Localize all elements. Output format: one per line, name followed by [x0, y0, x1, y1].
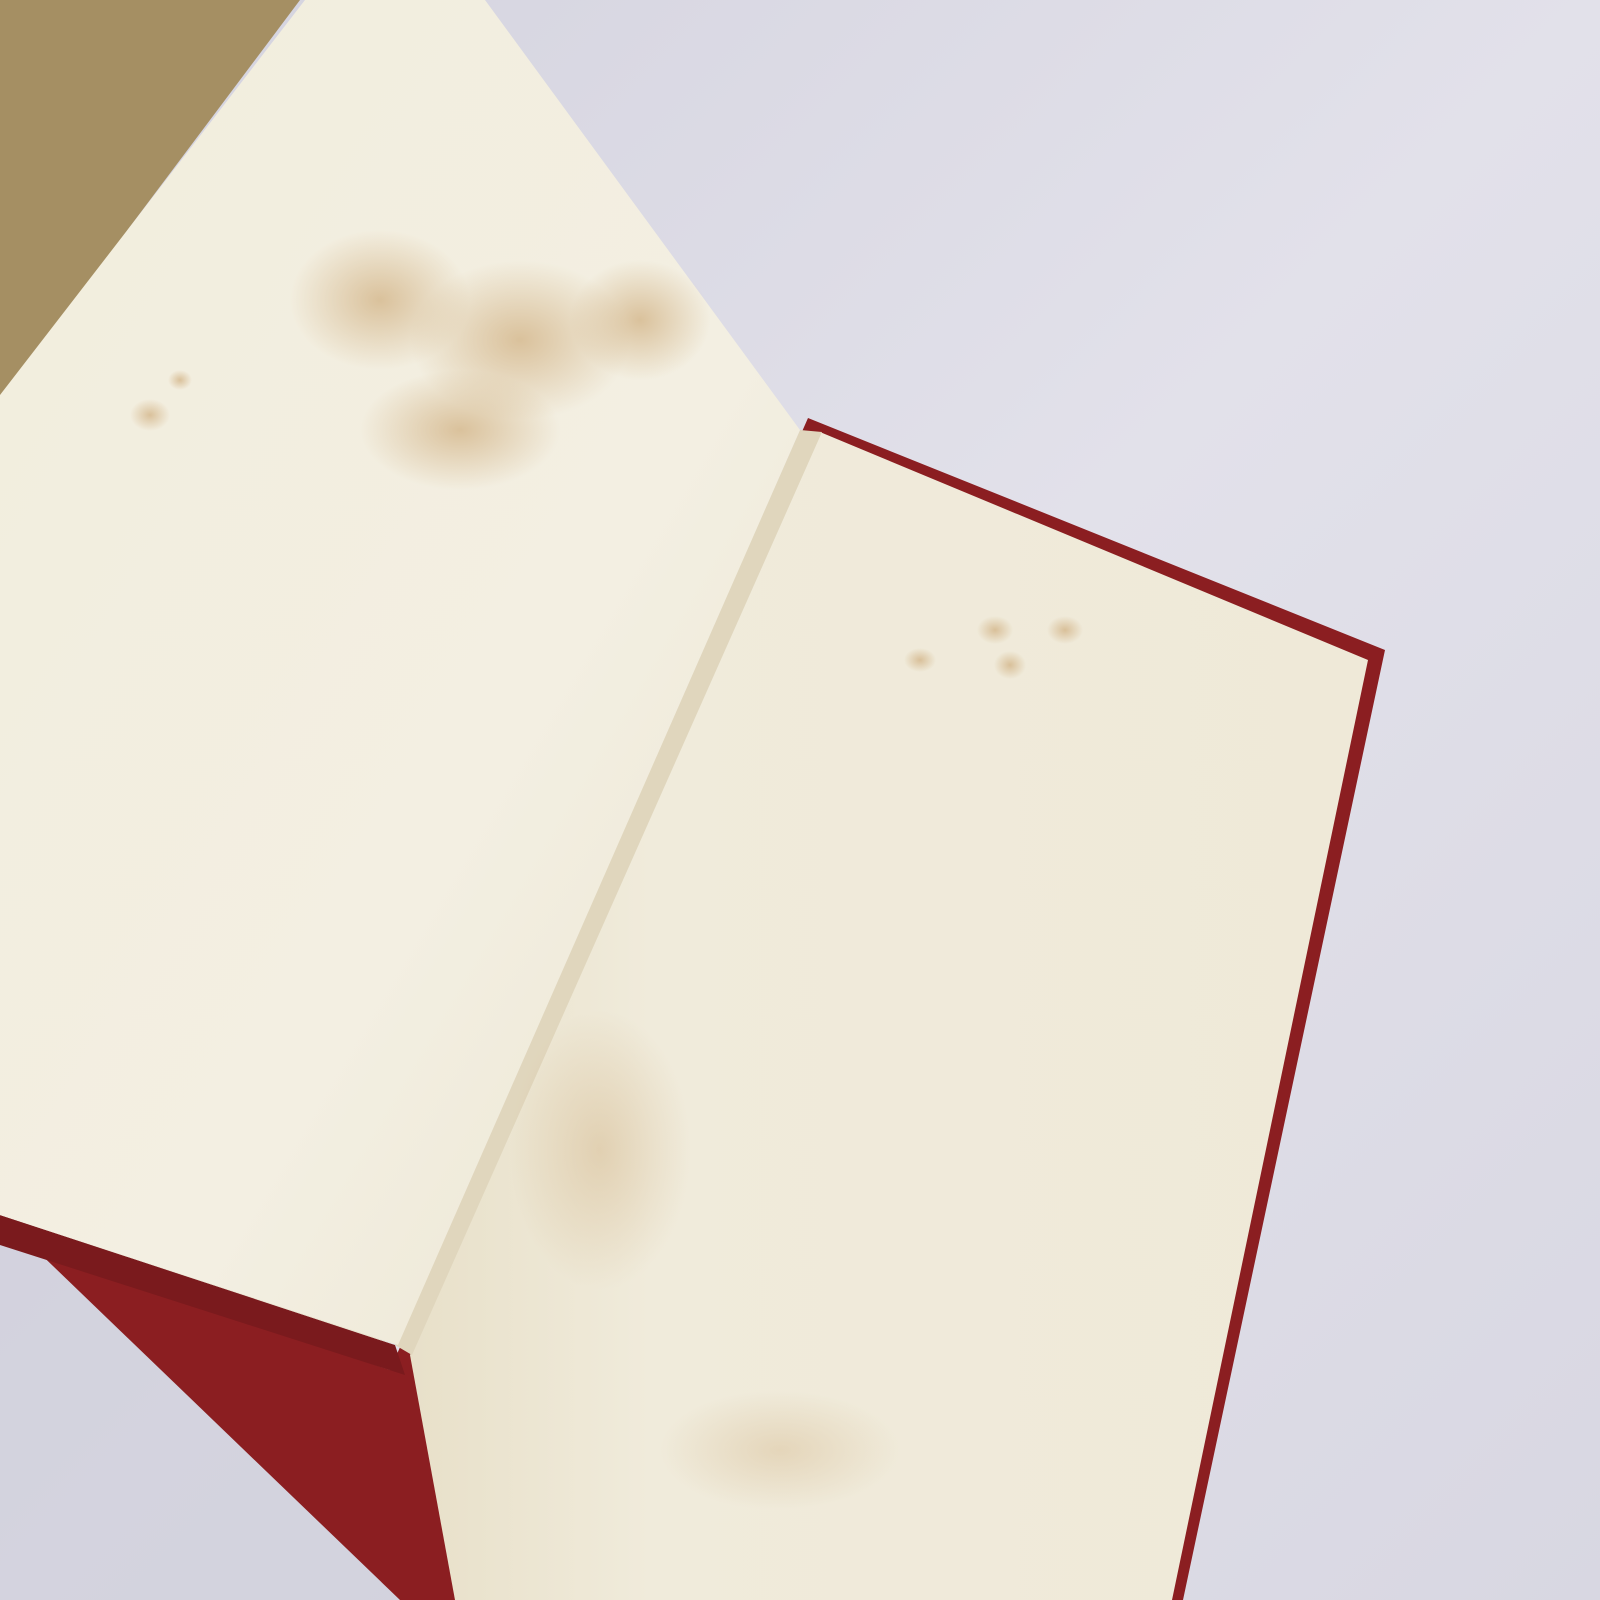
book-photo [0, 0, 1600, 1600]
photo-scene [0, 0, 1600, 1600]
